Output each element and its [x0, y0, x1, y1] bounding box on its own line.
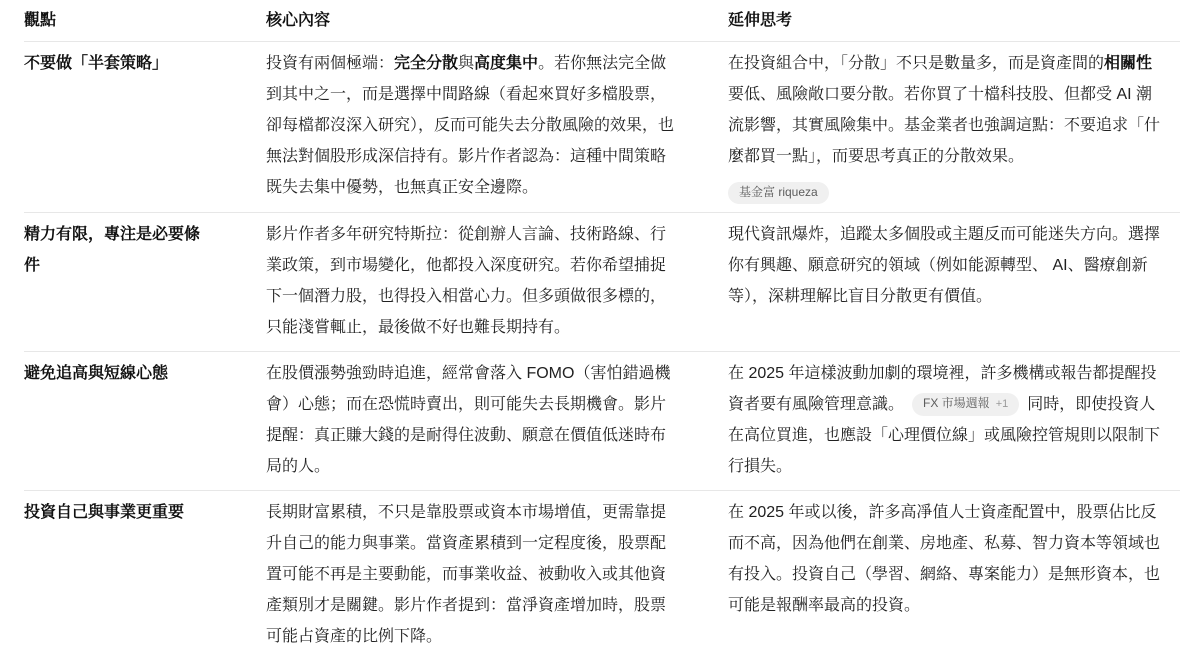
citation-badge-label: 基金富 riqueza [739, 184, 818, 201]
viewpoint-cell: 投資自己與事業更重要 [24, 491, 266, 656]
emphasized-text: 相關性 [1104, 55, 1152, 72]
core-content-cell: 影片作者多年研究特斯拉：從創辦人言論、技術路線、行業政策，到市場變化，他都投入深… [266, 213, 728, 351]
citation-badge-label: FX 市場週報 [923, 395, 990, 412]
citation-badge-row: 基金富 riqueza [728, 181, 1164, 204]
emphasized-text: 高度集中 [474, 55, 538, 72]
core-content-cell: 投資有兩個極端：完全分散與高度集中。若你無法完全做到其中之一，而是選擇中間路線（… [266, 42, 728, 212]
column-header-core-content: 核心內容 [266, 0, 728, 41]
body-text: 在 2025 年或以後，許多高凈值人士資產配置中，股票佔比反而不高，因為他們在創… [728, 504, 1160, 614]
body-text: 投資有兩個極端： [266, 55, 394, 72]
column-header-extended-thinking: 延伸思考 [728, 0, 1168, 41]
viewpoint-cell: 不要做「半套策略」 [24, 42, 266, 212]
citation-badge[interactable]: FX 市場週報+1 [912, 393, 1019, 416]
viewpoint-cell: 精力有限，專注是必要條件 [24, 213, 266, 351]
body-text: 。若你無法完全做到其中之一，而是選擇中間路線（看起來買好多檔股票，卻每檔都沒深入… [266, 55, 674, 196]
table-row: 精力有限，專注是必要條件 影片作者多年研究特斯拉：從創辦人言論、技術路線、行業政… [24, 213, 1180, 352]
body-text: 長期財富累積，不只是靠股票或資本市場增值，更需靠提升自己的能力與事業。當資產累積… [266, 504, 666, 645]
citation-badge[interactable]: 基金富 riqueza [728, 182, 829, 204]
table-row: 投資自己與事業更重要 長期財富累積，不只是靠股票或資本市場增值，更需靠提升自己的… [24, 491, 1180, 656]
body-text: 要低、風險敞口要分散。若你買了十檔科技股、但都受 AI 潮流影響，其實風險集中。… [728, 86, 1160, 165]
body-text: 現代資訊爆炸，追蹤太多個股或主題反而可能迷失方向。選擇你有興趣、願意研究的領域（… [728, 226, 1160, 305]
viewpoint-cell: 避免追高與短線心態 [24, 352, 266, 490]
extended-thinking-cell: 在投資組合中，「分散」不只是數量多，而是資產間的相關性要低、風險敞口要分散。若你… [728, 42, 1168, 212]
core-content-cell: 在股價漲勢強勁時追進，經常會落入 FOMO（害怕錯過機會）心態；而在恐慌時賣出，… [266, 352, 728, 490]
table-row: 不要做「半套策略」 投資有兩個極端：完全分散與高度集中。若你無法完全做到其中之一… [24, 42, 1180, 213]
body-text: 影片作者多年研究特斯拉：從創辦人言論、技術路線、行業政策，到市場變化，他都投入深… [266, 226, 666, 336]
body-text: 在投資組合中，「分散」不只是數量多，而是資產間的 [728, 55, 1104, 72]
body-text: 在股價漲勢強勁時追進，經常會落入 FOMO（害怕錯過機會）心態；而在恐慌時賣出，… [266, 365, 670, 475]
body-text: 與 [458, 55, 474, 72]
column-header-viewpoint: 觀點 [24, 0, 266, 41]
emphasized-text: 完全分散 [394, 55, 458, 72]
table-row: 避免追高與短線心態 在股價漲勢強勁時追進，經常會落入 FOMO（害怕錯過機會）心… [24, 352, 1180, 491]
citation-badge-count: +1 [996, 396, 1009, 413]
table-header-row: 觀點 核心內容 延伸思考 [24, 0, 1180, 42]
core-content-cell: 長期財富累積，不只是靠股票或資本市場增值，更需靠提升自己的能力與事業。當資產累積… [266, 491, 728, 656]
analysis-table: 觀點 核心內容 延伸思考 不要做「半套策略」 投資有兩個極端：完全分散與高度集中… [0, 0, 1200, 656]
extended-thinking-cell: 在 2025 年或以後，許多高凈值人士資產配置中，股票佔比反而不高，因為他們在創… [728, 491, 1168, 656]
extended-thinking-cell: 現代資訊爆炸，追蹤太多個股或主題反而可能迷失方向。選擇你有興趣、願意研究的領域（… [728, 213, 1168, 351]
extended-thinking-cell: 在 2025 年這樣波動加劇的環境裡，許多機構或報告都提醒投資者要有風險管理意識… [728, 352, 1168, 490]
